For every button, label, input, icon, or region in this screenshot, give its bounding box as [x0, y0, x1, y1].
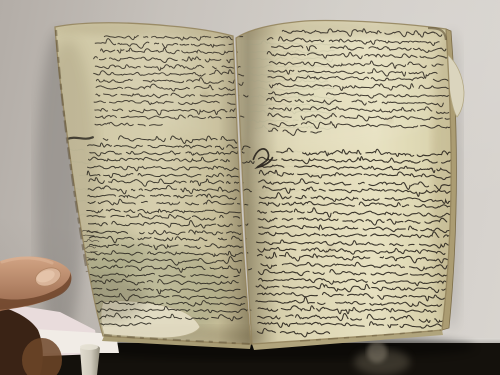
chair-leg [80, 344, 100, 375]
scene-overlay [0, 0, 500, 375]
photograph [0, 0, 500, 375]
top-edge-aging [50, 18, 450, 38]
fox-spot [201, 91, 209, 99]
handwriting-line [67, 137, 93, 139]
